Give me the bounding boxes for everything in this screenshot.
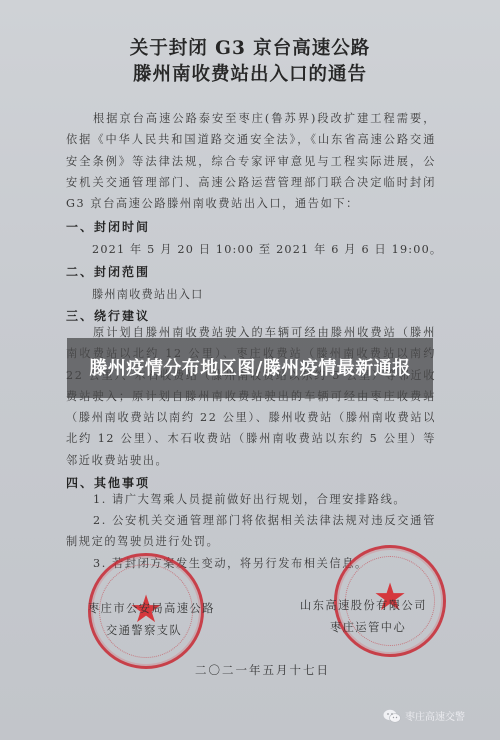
headline-text[interactable]: 滕州疫情分布地区图/滕州疫情最新通报 xyxy=(85,357,415,380)
notice-title-line-2: 滕州南收费站出入口的通告 xyxy=(0,60,500,86)
notice-date: 二〇二一年五月十七日 xyxy=(195,662,330,678)
notice-title-line-1: 关于封闭 G3 京台高速公路 xyxy=(0,34,500,60)
signatory-2-line-1: 山东高速股份有限公司 xyxy=(300,597,427,613)
wechat-icon xyxy=(383,709,401,723)
intro-paragraph: 根据京台高速公路泰安至枣庄(鲁苏界)段改扩建工程需要，依据《中华人民共和国道路交… xyxy=(66,108,436,214)
section-heading-closure-time: 一、封闭时间 xyxy=(66,218,150,235)
signatory-1-line-1: 枣庄市公安局高速公路 xyxy=(88,600,215,616)
watermark-label: 枣庄高速交警 xyxy=(405,708,465,723)
signatory-1-line-2: 交通警察支队 xyxy=(106,622,182,638)
closure-time-text: 2021 年 5 月 20 日 10:00 至 2021 年 6 月 6 日 1… xyxy=(92,241,442,257)
scanned-notice-page: 关于封闭 G3 京台高速公路 滕州南收费站出入口的通告 根据京台高速公路泰安至枣… xyxy=(0,0,500,740)
section-heading-closure-scope: 二、封闭范围 xyxy=(66,263,150,280)
signatory-2-line-2: 枣庄运管中心 xyxy=(330,619,406,635)
wechat-watermark: 枣庄高速交警 xyxy=(383,708,465,723)
other-item-1: 1. 请广大驾乘人员提前做好出行规划，合理安排路线。 xyxy=(66,489,436,510)
headline-banner[interactable]: 滕州疫情分布地区图/滕州疫情最新通报 xyxy=(67,338,433,398)
closure-scope-text: 滕州南收费站出入口 xyxy=(92,286,204,302)
